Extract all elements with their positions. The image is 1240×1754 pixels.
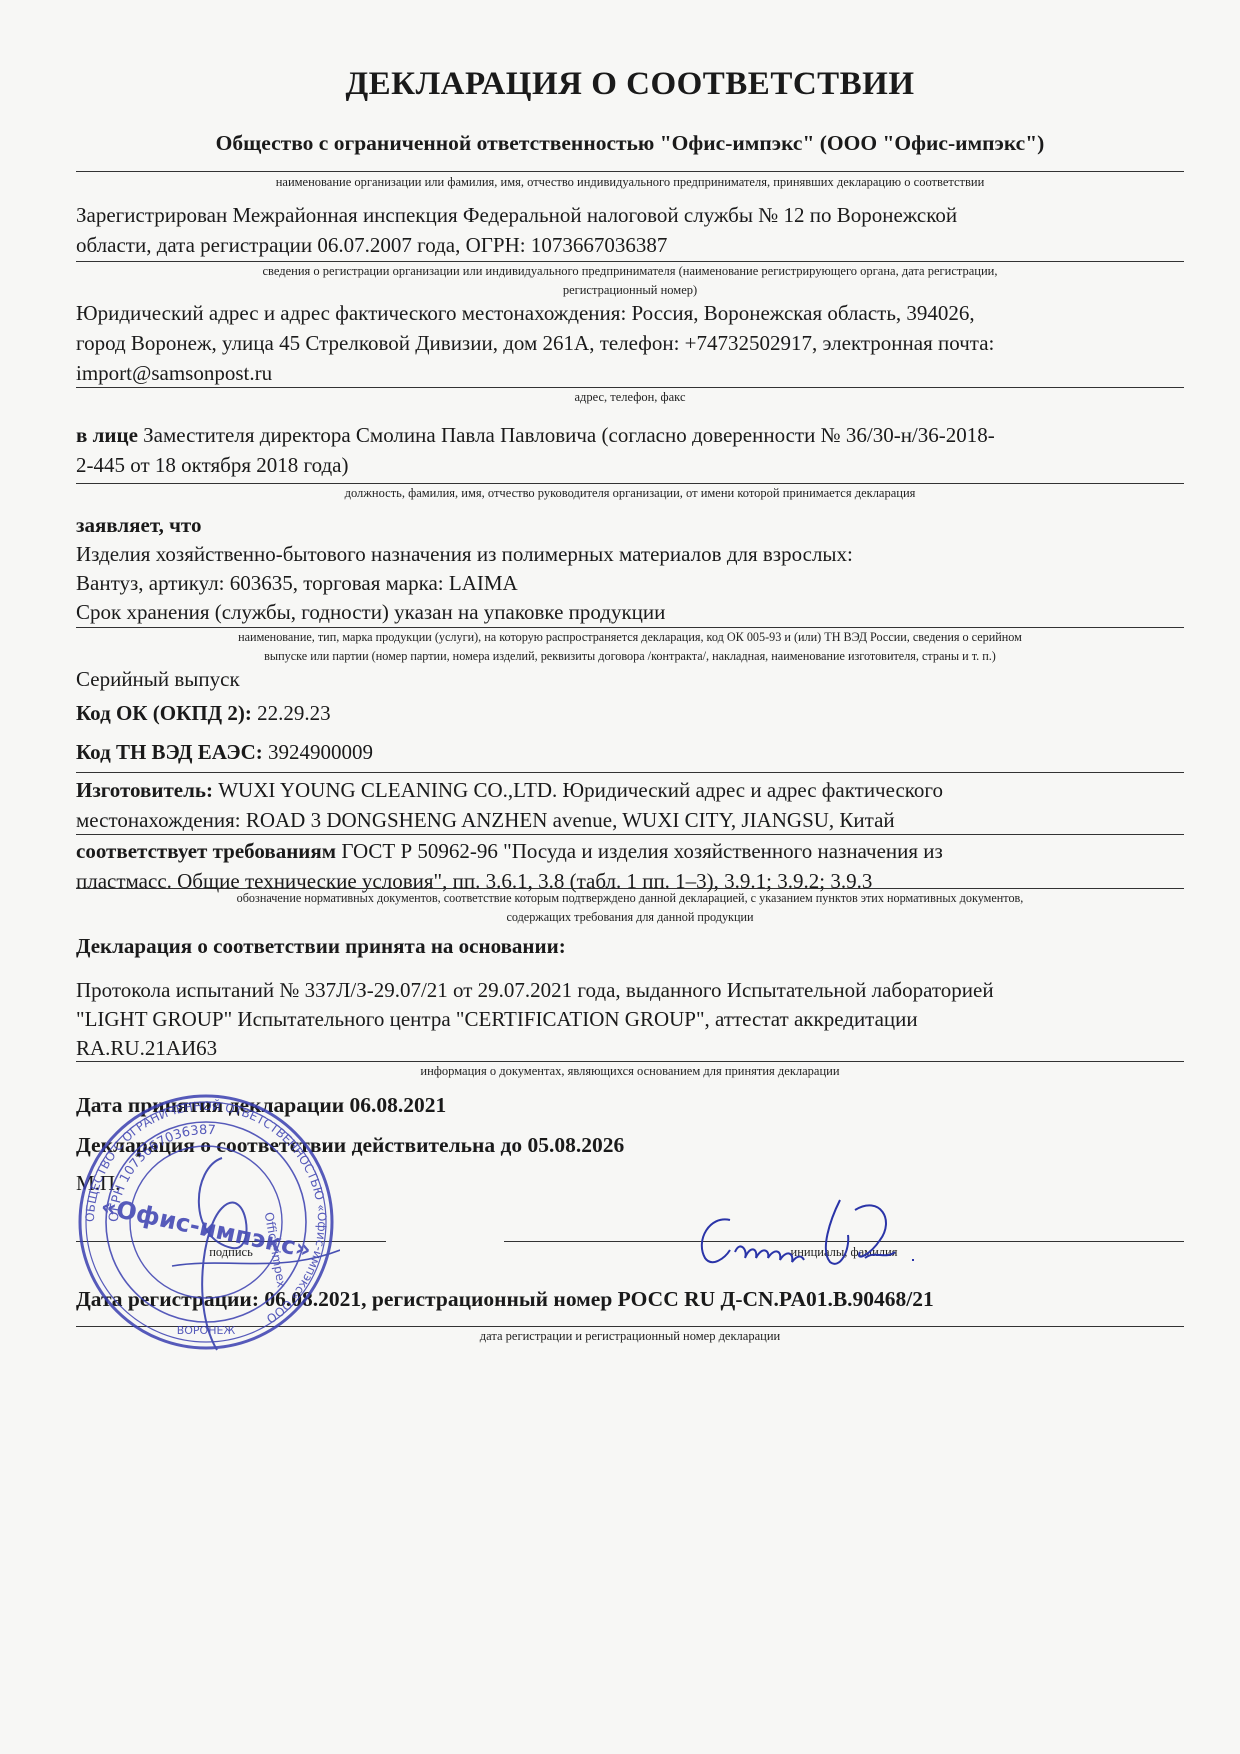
okpd-label: Код ОК (ОКПД 2): <box>76 701 252 725</box>
product-caption: наименование, тип, марка продукции (услу… <box>76 628 1184 666</box>
manufacturer-info: Изготовитель: WUXI YOUNG CLEANING CO.,LT… <box>76 775 1184 835</box>
registration-line-1: Зарегистрирован Межрайонная инспекция Фе… <box>76 200 1184 230</box>
product-description: Изделия хозяйственно-бытового назначения… <box>76 540 1184 627</box>
address-info: Юридический адрес и адрес фактического м… <box>76 298 1184 388</box>
product-line-2: Вантуз, артикул: 603635, торговая марка:… <box>76 569 1184 598</box>
basis-heading: Декларация о соответствии принята на осн… <box>76 934 566 959</box>
compliance-caption-line-2: содержащих требования для данной продукц… <box>76 908 1184 927</box>
registration-line-2: области, дата регистрации 06.07.2007 год… <box>76 230 1184 260</box>
representative-caption: должность, фамилия, имя, отчество руково… <box>76 484 1184 503</box>
okpd-code: Код ОК (ОКПД 2): 22.29.23 <box>76 698 1184 728</box>
organization-name: Общество с ограниченной ответственностью… <box>76 131 1184 156</box>
product-line-3: Срок хранения (службы, годности) указан … <box>76 598 1184 627</box>
basis-info: Протокола испытаний № 337Л/З-29.07/21 от… <box>76 976 1184 1063</box>
product-caption-line-1: наименование, тип, марка продукции (услу… <box>76 628 1184 647</box>
tnved-value: 3924900009 <box>263 740 373 764</box>
okpd-value: 22.29.23 <box>252 701 331 725</box>
compliance-caption-line-1: обозначение нормативных документов, соот… <box>76 889 1184 908</box>
manufacturer-text: WUXI YOUNG CLEANING CO.,LTD. Юридический… <box>213 778 943 802</box>
compliance-label: соответствует требованиям <box>76 839 336 863</box>
representative-line-1: в лице Заместителя директора Смолина Пав… <box>76 420 1184 450</box>
divider <box>76 171 1184 172</box>
basis-line-3: RA.RU.21АИ63 <box>76 1034 1184 1063</box>
representative-line-2: 2-445 от 18 октября 2018 года) <box>76 450 1184 480</box>
basis-line-1: Протокола испытаний № 337Л/З-29.07/21 от… <box>76 976 1184 1005</box>
basis-caption: информация о документах, являющихся осно… <box>76 1062 1184 1081</box>
representative-info: в лице Заместителя директора Смолина Пав… <box>76 420 1184 480</box>
basis-line-2: "LIGHT GROUP" Испытательного центра "CER… <box>76 1005 1184 1034</box>
manufacturer-label: Изготовитель: <box>76 778 213 802</box>
tnved-label: Код ТН ВЭД ЕАЭС: <box>76 740 263 764</box>
compliance-caption: обозначение нормативных документов, соот… <box>76 889 1184 927</box>
address-email: import@samsonpost.ru <box>76 358 1184 388</box>
document-title: ДЕКЛАРАЦИЯ О СООТВЕТСТВИИ <box>76 66 1184 103</box>
manufacturer-line-2: местонахождения: ROAD 3 DONGSHENG ANZHEN… <box>76 805 1184 835</box>
compliance-line-1: соответствует требованиям ГОСТ Р 50962-9… <box>76 836 1184 866</box>
divider <box>76 834 1184 835</box>
product-line-1: Изделия хозяйственно-бытового назначения… <box>76 540 1184 569</box>
address-line-2: город Воронеж, улица 45 Стрелковой Дивиз… <box>76 328 1184 358</box>
address-line-1: Юридический адрес и адрес фактического м… <box>76 298 1184 328</box>
representative-prefix: в лице <box>76 423 138 447</box>
manufacturer-line-1: Изготовитель: WUXI YOUNG CLEANING CO.,LT… <box>76 775 1184 805</box>
representative-text: Заместителя директора Смолина Павла Павл… <box>138 423 995 447</box>
organization-caption: наименование организации или фамилия, им… <box>76 173 1184 192</box>
address-caption: адрес, телефон, факс <box>76 388 1184 407</box>
compliance-info: соответствует требованиям ГОСТ Р 50962-9… <box>76 836 1184 896</box>
company-stamp-icon: ОБЩЕСТВО С ОГРАНИЧЕННОЙ ОТВЕТСТВЕННОСТЬЮ… <box>72 1088 340 1356</box>
handwritten-signature-icon <box>690 1180 950 1280</box>
registration-caption-line-1: сведения о регистрации организации или и… <box>76 262 1184 281</box>
tnved-code: Код ТН ВЭД ЕАЭС: 3924900009 <box>76 737 1184 767</box>
stamp-city-text: ВОРОНЕЖ <box>177 1324 236 1337</box>
divider <box>76 772 1184 773</box>
serial-release: Серийный выпуск <box>76 664 1184 694</box>
registration-caption: сведения о регистрации организации или и… <box>76 262 1184 300</box>
compliance-text: ГОСТ Р 50962-96 "Посуда и изделия хозяйс… <box>336 839 943 863</box>
declares-heading: заявляет, что <box>76 513 201 538</box>
registration-info: Зарегистрирован Межрайонная инспекция Фе… <box>76 200 1184 260</box>
